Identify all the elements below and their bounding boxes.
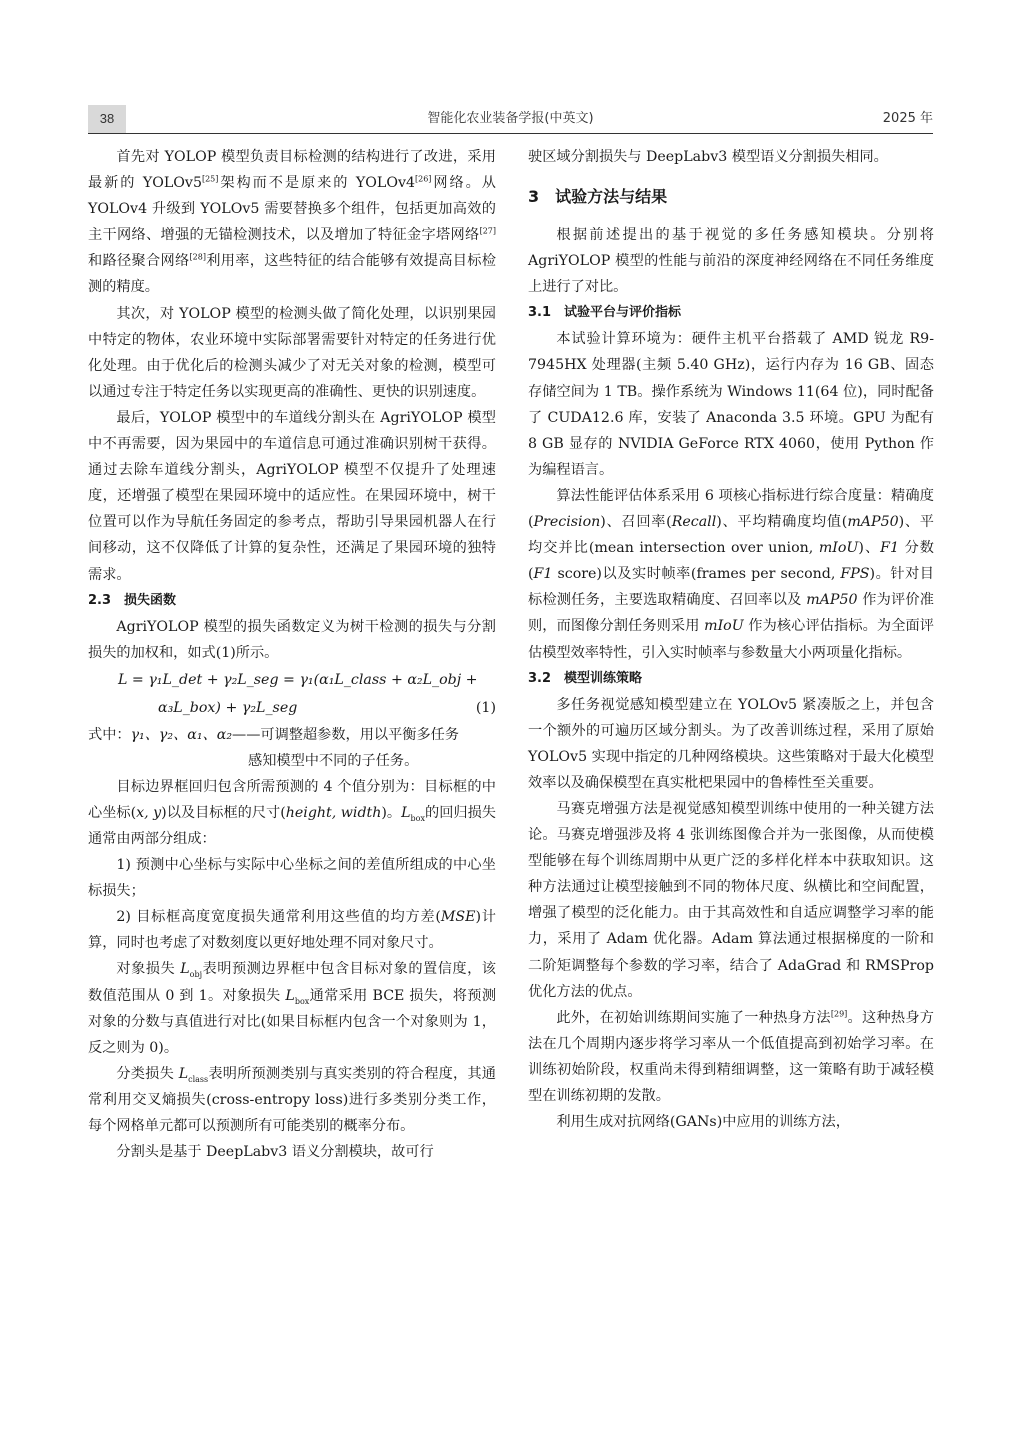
section-heading-2-3: 2.3 损失函数 <box>88 588 496 614</box>
paragraph: 分类损失 Lclass表明所预测类别与真实类别的符合程度，其通常利用交叉熵损失(… <box>88 1061 496 1139</box>
paragraph: 分割头是基于 DeepLabv3 语义分割模块，故可行 <box>88 1139 496 1165</box>
paragraph: AgriYOLOP 模型的损失函数定义为树干检测的损失与分割损失的加权和，如式(… <box>88 614 496 666</box>
paragraph: 目标边界框回归包含所需预测的 4 个值分别为：目标框的中心坐标(x, y)以及目… <box>88 774 496 852</box>
right-column: 驶区域分割损失与 DeepLabv3 模型语义分割损失相同。 3 试验方法与结果… <box>528 144 934 1135</box>
variable-definition: 式中：γ₁、γ₂、α₁、α₂——可调整超参数，用以平衡多任务 感知模型中不同的子… <box>88 722 496 774</box>
paragraph: 驶区域分割损失与 DeepLabv3 模型语义分割损失相同。 <box>528 144 934 170</box>
paragraph: 利用生成对抗网络(GANs)中应用的训练方法， <box>528 1109 934 1135</box>
paragraph: 1) 预测中心坐标与实际中心坐标之间的差值所组成的中心坐标损失； <box>88 852 496 904</box>
section-heading-3-2: 3.2 模型训练策略 <box>528 666 934 692</box>
paragraph: 马赛克增强方法是视觉感知模型训练中使用的一种关键方法论。马赛克增强涉及将 4 张… <box>528 796 934 1005</box>
publication-year: 2025 年 <box>883 105 933 133</box>
equation-1: L = γ₁L_det + γ₂L_seg = γ₁(α₁L_class + α… <box>88 666 496 694</box>
page-header: 38 智能化农业装备学报(中英文) 2025 年 <box>88 105 933 134</box>
left-column: 首先对 YOLOP 模型负责目标检测的结构进行了改进，采用最新的 YOLOv5[… <box>88 144 496 1165</box>
paragraph: 2) 目标框高度宽度损失通常利用这些值的均方差(MSE)计算，同时也考虑了对数刻… <box>88 904 496 956</box>
paragraph: 对象损失 Lobj表明预测边界框中包含目标对象的置信度，该数值范围从 0 到 1… <box>88 956 496 1060</box>
equation-line-1: L = γ₁L_det + γ₂L_seg = γ₁(α₁L_class + α… <box>118 672 478 688</box>
citation[interactable]: [26] <box>415 174 431 183</box>
paragraph: 算法性能评估体系采用 6 项核心指标进行综合度量：精确度(Precision)、… <box>528 483 934 666</box>
section-heading-3: 3 试验方法与结果 <box>528 184 934 210</box>
citation[interactable]: [27] <box>480 227 496 236</box>
paragraph: 根据前述提出的基于视觉的多任务感知模块。分别将 AgriYOLOP 模型的性能与… <box>528 222 934 300</box>
citation[interactable]: [25] <box>202 174 218 183</box>
paragraph: 最后，YOLOP 模型中的车道线分割头在 AgriYOLOP 模型中不再需要，因… <box>88 405 496 588</box>
paragraph: 多任务视觉感知模型建立在 YOLOv5 紧凑版之上，并包含一个额外的可遍历区域分… <box>528 692 934 796</box>
paragraph: 本试验计算环境为：硬件主机平台搭载了 AMD 锐龙 R9-7945HX 处理器(… <box>528 326 934 483</box>
citation[interactable]: [28] <box>190 253 206 262</box>
paragraph: 此外，在初始训练期间实施了一种热身方法[29]。这种热身方法在几个周期内逐步将学… <box>528 1005 934 1109</box>
paragraph: 其次，对 YOLOP 模型的检测头做了简化处理，以识别果园中特定的物体，农业环境… <box>88 301 496 405</box>
citation[interactable]: [29] <box>831 1009 847 1018</box>
equation-line-2: α₃L_box) + γ₂L_seg <box>158 700 297 716</box>
paragraph: 首先对 YOLOP 模型负责目标检测的结构进行了改进，采用最新的 YOLOv5[… <box>88 144 496 301</box>
equation-number: (1) <box>476 694 496 722</box>
journal-title: 智能化农业装备学报(中英文) <box>88 105 933 133</box>
section-heading-3-1: 3.1 试验平台与评价指标 <box>528 300 934 326</box>
equation-1-cont: α₃L_box) + γ₂L_seg (1) <box>88 694 496 722</box>
